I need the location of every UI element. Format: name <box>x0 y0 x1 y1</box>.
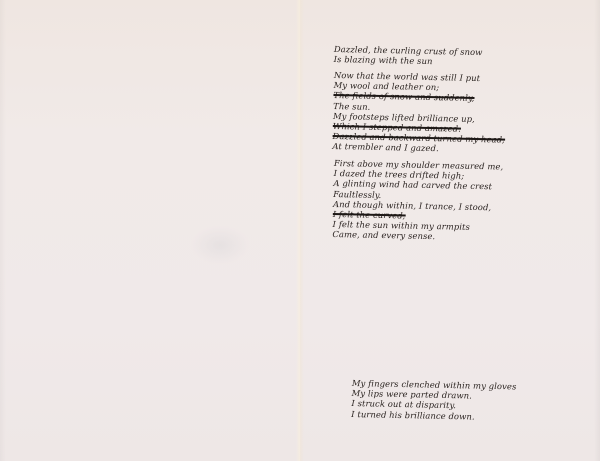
stanza-3: First above my shoulder measured me, I d… <box>332 158 503 243</box>
stanza-4: My fingers clenched within my gloves My … <box>351 378 516 422</box>
manuscript-spread: Dazzled, the curling crust of snow Is bl… <box>0 0 600 461</box>
stanza-2: Now that the world was still I put My wo… <box>332 70 506 155</box>
left-page-blank <box>0 0 300 461</box>
stanza-1: Dazzled, the curling crust of snow Is bl… <box>334 44 483 68</box>
faint-bleed-through <box>190 225 250 265</box>
